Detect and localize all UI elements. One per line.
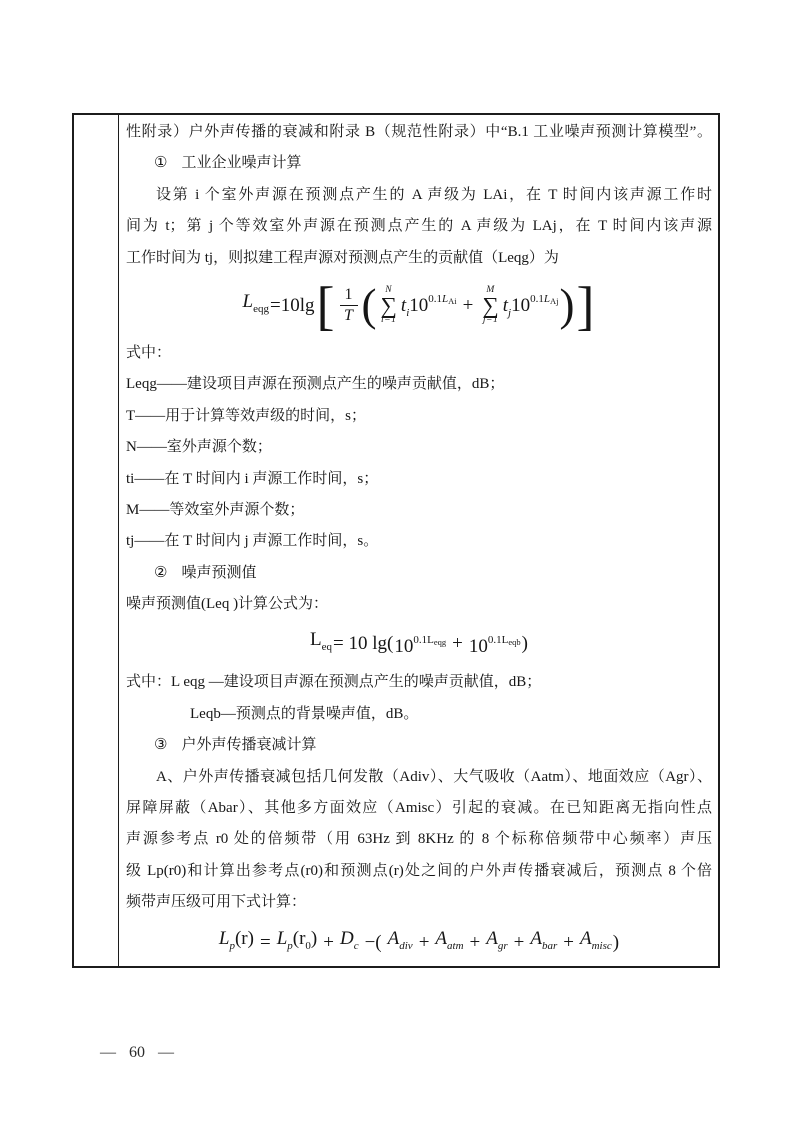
formula-lead-line: 噪声预测值(Leq )计算公式为： <box>126 589 712 620</box>
exponent-coef: 0.1L <box>488 634 508 646</box>
definition-item: ti——在 T 时间内 i 声源工作时间，s； <box>126 464 712 495</box>
math-arg: (r) <box>235 928 254 949</box>
circled-number-3-icon: ③ <box>154 737 167 753</box>
section1-title: 工业企业噪声计算 <box>181 155 301 171</box>
plus-operator: + <box>419 923 430 963</box>
paragraph-line: 间为 t；第 j 个等效室外声源在预测点产生的 A 声级为 LAj，在 T 时间… <box>126 211 712 242</box>
plus-operator: + <box>514 923 525 963</box>
sum-lower-limit: i=1 <box>381 316 396 326</box>
definition-item: T——用于计算等效声级的时间，s； <box>126 401 712 432</box>
math-var: L <box>277 928 288 949</box>
equals-operator: = <box>260 923 271 963</box>
math-equals-coef: = 10 lg( <box>333 624 393 664</box>
where-label: 式中： <box>126 338 712 369</box>
table-content-column: 性附录）户外声传播的衰减和附录 B（规范性附录）中“B.1 工业噪声预测计算模型… <box>119 115 718 966</box>
math-sub: misc <box>592 940 612 952</box>
math-var: A <box>580 928 592 949</box>
math-equals-coef: =10lg <box>270 278 315 334</box>
definition-item: N——室外声源个数； <box>126 432 712 463</box>
exponent-sub: eqb <box>508 637 520 647</box>
formula-leq-prediction: Leq = 10 lg( 100.1Leqg + 100.1Leqb ) <box>126 620 712 667</box>
summation-2: M∑j=1 <box>482 286 498 326</box>
formula-leqg-contribution: Leqg =10lg [ 1T ( N∑i=1 ti100.1LAi + M∑j… <box>126 274 712 338</box>
math-term-2: 100.1Leqb <box>469 620 521 667</box>
minus-paren-operator: −( <box>365 923 382 963</box>
paragraph-line: 频带声压级可用下式计算： <box>126 887 712 918</box>
section3-title: 户外声传播衰减计算 <box>181 737 316 753</box>
sum-lower-limit: j=1 <box>483 316 498 326</box>
plus-operator: + <box>563 923 574 963</box>
paren-close: ) <box>522 624 528 664</box>
math-base: 10 <box>469 636 488 657</box>
where-line: Leqb—预测点的背景噪声值，dB。 <box>126 699 712 730</box>
where-line: 式中：L eqg —建设项目声源在预测点产生的噪声贡献值，dB； <box>126 667 712 698</box>
sigma-icon: ∑ <box>482 296 498 317</box>
table-left-column <box>74 115 119 966</box>
math-term-dc: Dc <box>340 919 359 966</box>
math-sub: div <box>399 940 412 952</box>
math-sub: gr <box>498 940 508 952</box>
math-exponent: 0.1LAj <box>530 293 558 305</box>
section1-heading: ①工业企业噪声计算 <box>126 148 712 179</box>
fraction-denominator: T <box>344 306 353 325</box>
math-base: 10 <box>511 295 530 316</box>
section2-title: 噪声预测值 <box>181 565 256 581</box>
math-var: L <box>243 291 254 312</box>
math-term-1: 100.1Leqg <box>394 620 446 667</box>
math-sub: bar <box>542 940 557 952</box>
big-paren-close: ) <box>559 283 574 328</box>
math-lhs: Leq <box>310 620 332 667</box>
plus-operator: + <box>470 923 481 963</box>
math-var: A <box>435 928 447 949</box>
formula-outdoor-attenuation: Lp(r) = Lp(r0) + Dc −( Adiv + Aatm + Agr… <box>126 919 712 966</box>
math-term-agr: Agr <box>486 919 507 966</box>
exponent-coef: 0.1 <box>530 293 544 305</box>
paragraph-line: 声源参考点 r0 处的倍频带（用 63Hz 到 8KHz 的 8 个标称倍频带中… <box>126 824 712 855</box>
fraction-numerator: 1 <box>340 286 358 306</box>
math-arg: ) <box>311 928 317 949</box>
math-var: D <box>340 928 354 949</box>
exponent-coef: 0.1 <box>428 293 442 305</box>
math-term-ref: Lp(r0) <box>277 919 318 966</box>
page-number: — 60 — <box>100 1041 174 1065</box>
paren-close: ) <box>613 923 619 963</box>
math-var: A <box>388 928 400 949</box>
math-base: 10 <box>409 295 428 316</box>
plus-operator: + <box>323 923 334 963</box>
math-lhs: Lp(r) <box>219 919 254 966</box>
paragraph-line: 工作时间为 tj，则拟建工程声源对预测点产生的贡献值（Leqg）为 <box>126 243 712 274</box>
math-exponent: 0.1Leqg <box>413 634 446 646</box>
section2-heading: ②噪声预测值 <box>126 558 712 589</box>
math-term-abar: Abar <box>530 919 557 966</box>
plus-operator: + <box>452 624 463 664</box>
paragraph-line: 屏障屏蔽（Abar）、其他多方面效应（Amisc）引起的衰减。在已知距离无指向性… <box>126 793 712 824</box>
math-term-1: ti100.1LAi <box>401 271 457 341</box>
math-sub: atm <box>447 940 464 952</box>
exponent-sub: Aj <box>550 296 559 306</box>
exponent-sub: Ai <box>448 296 457 306</box>
math-term-aatm: Aatm <box>435 919 463 966</box>
exponent-sub: eqg <box>434 637 446 647</box>
math-var: L <box>219 928 230 949</box>
math-lhs: Leqg <box>243 274 269 337</box>
math-exponent: 0.1LAi <box>428 293 456 305</box>
math-sub: eq <box>322 641 332 653</box>
circled-number-2-icon: ② <box>154 565 167 581</box>
sigma-icon: ∑ <box>381 296 397 317</box>
math-sub: eqg <box>253 303 269 315</box>
big-paren-open: ( <box>362 283 377 328</box>
math-term-amisc: Amisc <box>580 919 612 966</box>
paragraph-line: 设第 i 个室外声源在预测点产生的 A 声级为 LAi，在 T 时间内该声源工作… <box>126 180 712 211</box>
math-sub: c <box>354 940 359 952</box>
definition-item: tj——在 T 时间内 j 声源工作时间，s。 <box>126 526 712 557</box>
math-arg: (r <box>293 928 306 949</box>
math-fraction: 1T <box>340 286 358 326</box>
section3-heading: ③户外声传播衰减计算 <box>126 730 712 761</box>
math-var: A <box>530 928 542 949</box>
plus-operator: + <box>463 278 474 334</box>
big-bracket-close: ] <box>576 279 594 333</box>
math-term-2: tj100.1LAj <box>503 271 559 341</box>
math-exponent: 0.1Leqb <box>488 634 521 646</box>
summation-1: N∑i=1 <box>381 286 397 326</box>
content-table: 性附录）户外声传播的衰减和附录 B（规范性附录）中“B.1 工业噪声预测计算模型… <box>72 113 720 968</box>
math-var: L <box>310 629 322 650</box>
exponent-coef: 0.1L <box>413 634 433 646</box>
math-term-adiv: Adiv <box>388 919 413 966</box>
intro-continuation-line: 性附录）户外声传播的衰减和附录 B（规范性附录）中“B.1 工业噪声预测计算模型… <box>126 117 712 148</box>
paragraph-line: A、户外声传播衰减包括几何发散（Adiv）、大气吸收（Aatm）、地面效应（Ag… <box>126 762 712 793</box>
math-base: 10 <box>394 636 413 657</box>
math-var: A <box>486 928 498 949</box>
definition-item: M——等效室外声源个数； <box>126 495 712 526</box>
paragraph-line: 级 Lp(r0)和计算出参考点(r0)和预测点(r)处之间的户外声传播衰减后，预… <box>126 856 712 887</box>
definition-item: Leqg——建设项目声源在预测点产生的噪声贡献值，dB； <box>126 369 712 400</box>
circled-number-1-icon: ① <box>154 155 167 171</box>
big-bracket-open: [ <box>317 279 335 333</box>
